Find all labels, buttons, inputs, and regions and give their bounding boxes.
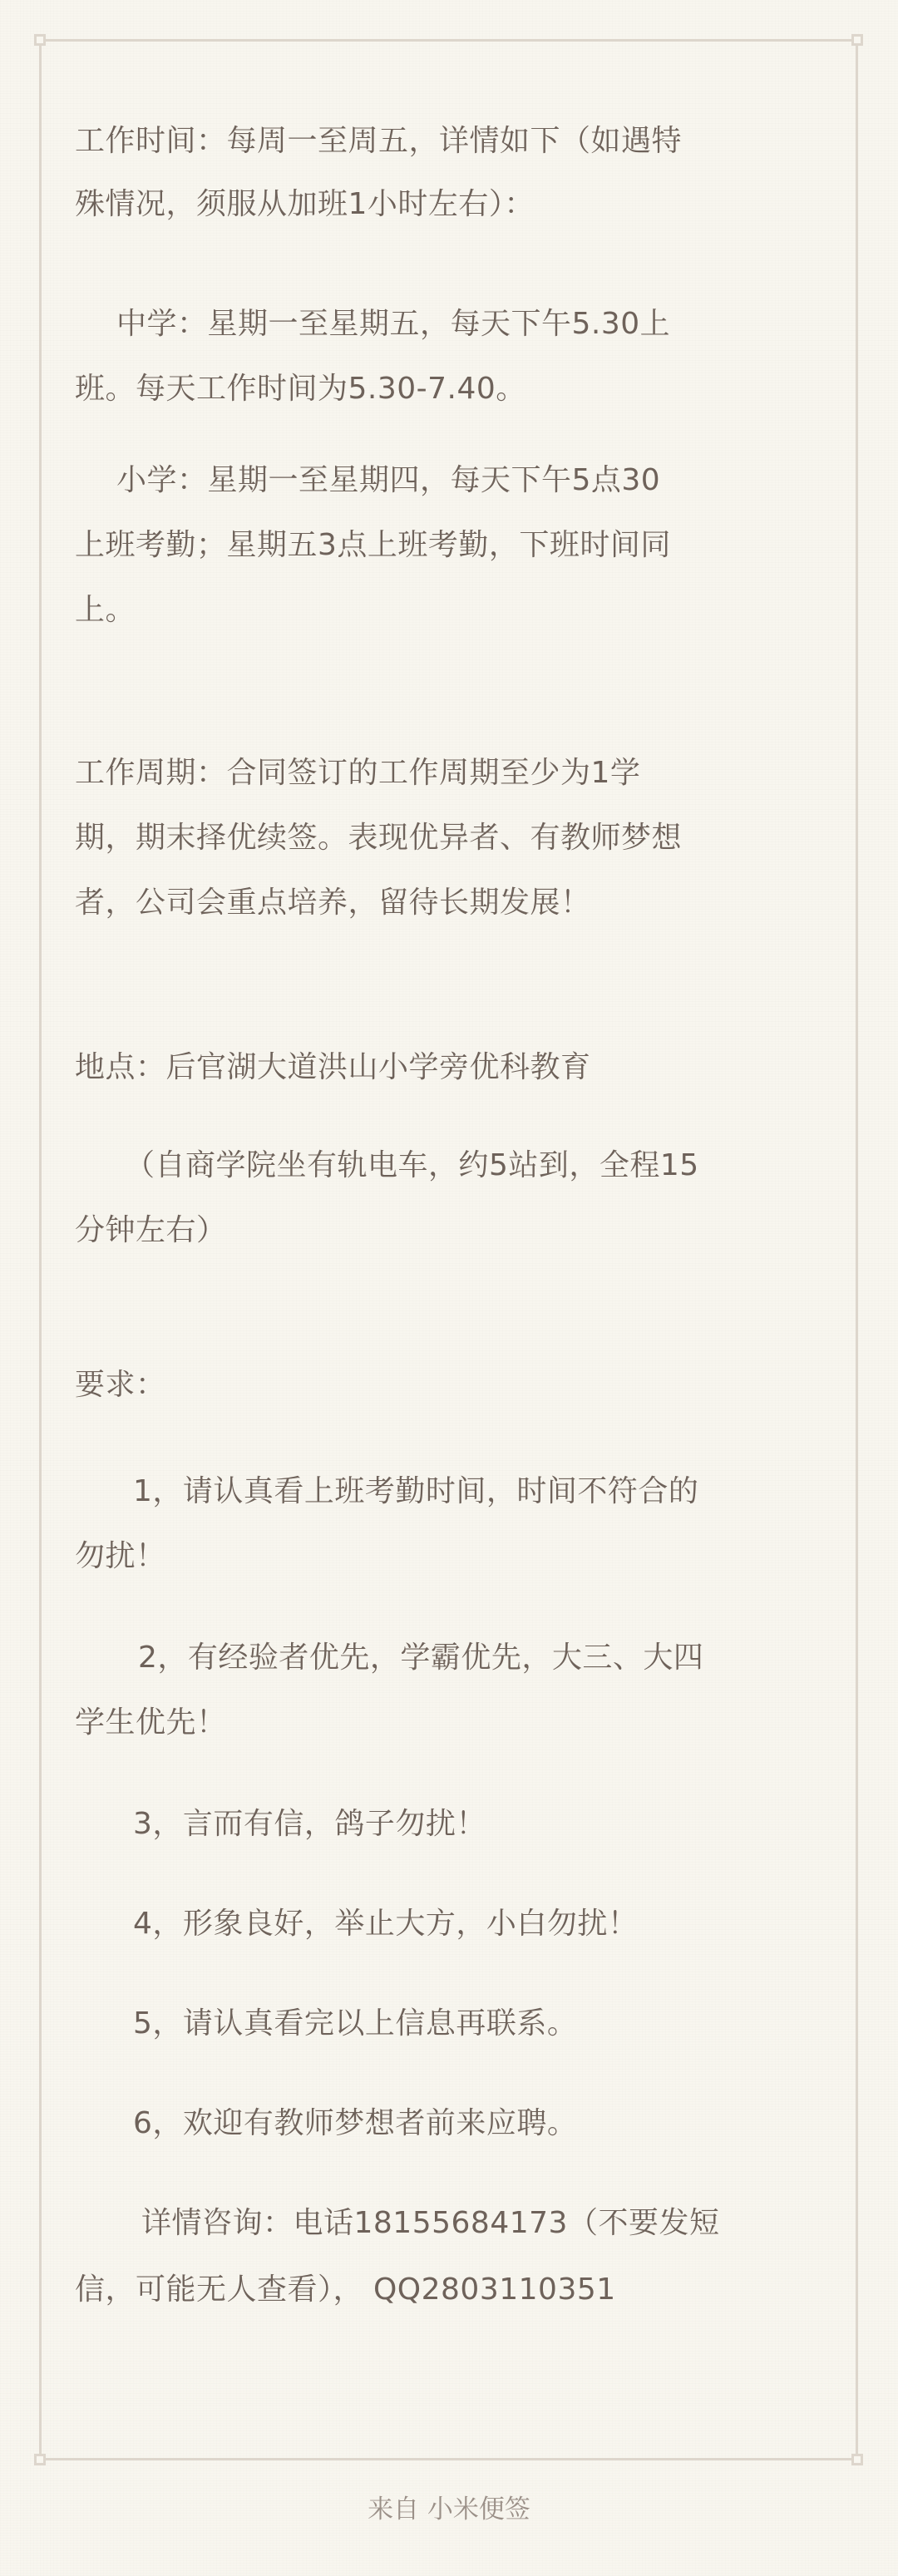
note-line: 上班考勤；星期五3点上班考勤，下班时间同 <box>75 527 671 564</box>
note-line: 工作时间：每周一至周五，详情如下（如遇特 <box>75 123 682 160</box>
frame-corner-ornament <box>34 34 46 46</box>
note-line: 信，可能无人查看）， QQ2803110351 <box>75 2272 616 2308</box>
note-line: 学生优先！ <box>75 1705 227 1741</box>
frame-corner-ornament <box>851 2454 863 2465</box>
note-line: 中学：星期一至星期五，每天下午5.30上 <box>116 306 670 343</box>
note-line: （自商学院坐有轨电车，约5站到，全程15 <box>125 1147 699 1184</box>
note-line: 小学：星期一至星期四，每天下午5点30 <box>116 462 660 499</box>
note-line: 地点：后官湖大道洪山小学旁优科教育 <box>75 1049 591 1086</box>
note-line: 工作周期：合同签订的工作周期至少为1学 <box>75 755 640 792</box>
note-line: 6，欢迎有教师梦想者前来应聘。 <box>133 2105 577 2142</box>
frame-corner-ornament <box>34 2454 46 2465</box>
note-line: 殊情况，须服从加班1小时左右）： <box>75 186 535 223</box>
note-line: 1，请认真看上班考勤时间，时间不符合的 <box>133 1473 698 1510</box>
note-line: 期，期末择优续签。表现优异者、有教师梦想 <box>75 820 682 856</box>
note-line: 上。 <box>75 592 136 629</box>
source-footer: 来自 小米便签 <box>0 2493 898 2526</box>
note-line: 勿扰！ <box>75 1538 166 1575</box>
note-line: 4，形象良好，举止大方，小白勿扰！ <box>133 1906 638 1942</box>
note-line: 3，言而有信，鸽子勿扰！ <box>133 1806 486 1843</box>
note-line: 5，请认真看完以上信息再联系。 <box>133 2006 577 2042</box>
note-line: 班。每天工作时间为5.30-7.40。 <box>75 371 526 407</box>
note-line: 详情咨询：电话18155684173（不要发短 <box>141 2205 719 2242</box>
note-line: 要求： <box>75 1367 166 1404</box>
frame-corner-ornament <box>851 34 863 46</box>
note-line: 2，有经验者优先，学霸优先，大三、大四 <box>138 1640 703 1676</box>
note-line: 者，公司会重点培养，留待长期发展！ <box>75 885 591 921</box>
note-line: 分钟左右） <box>75 1212 227 1249</box>
